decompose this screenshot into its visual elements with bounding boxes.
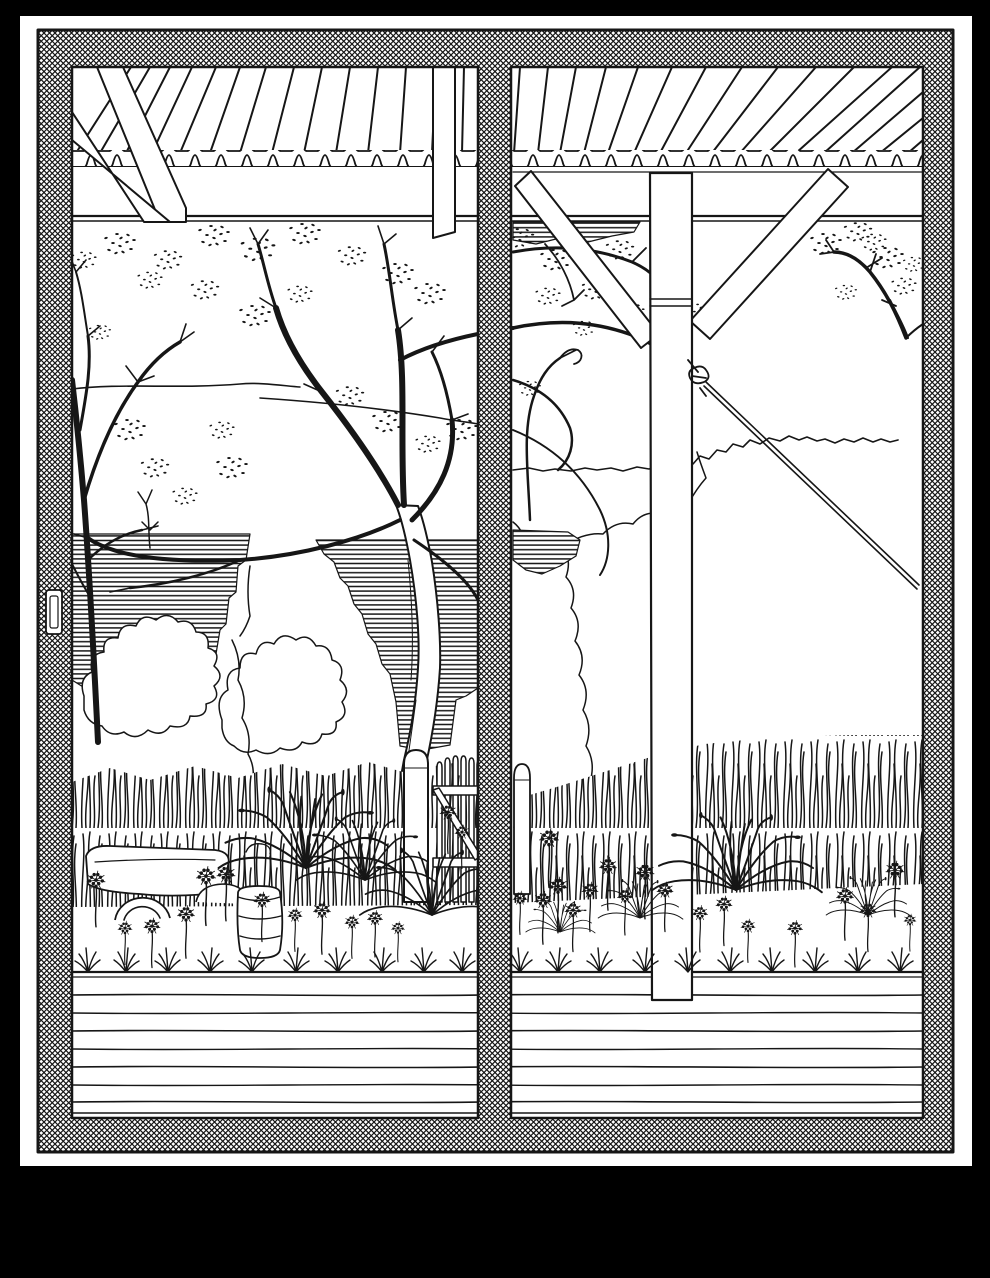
- garden-window-illustration: [0, 0, 990, 1278]
- center-post: [650, 173, 692, 1000]
- garden-stake: [514, 764, 530, 894]
- door-handle[interactable]: [46, 590, 62, 634]
- gate-post: [404, 750, 428, 902]
- left-pane-post: [433, 67, 455, 238]
- barrel-planter: [237, 886, 282, 958]
- illustration-canvas: [0, 0, 990, 1278]
